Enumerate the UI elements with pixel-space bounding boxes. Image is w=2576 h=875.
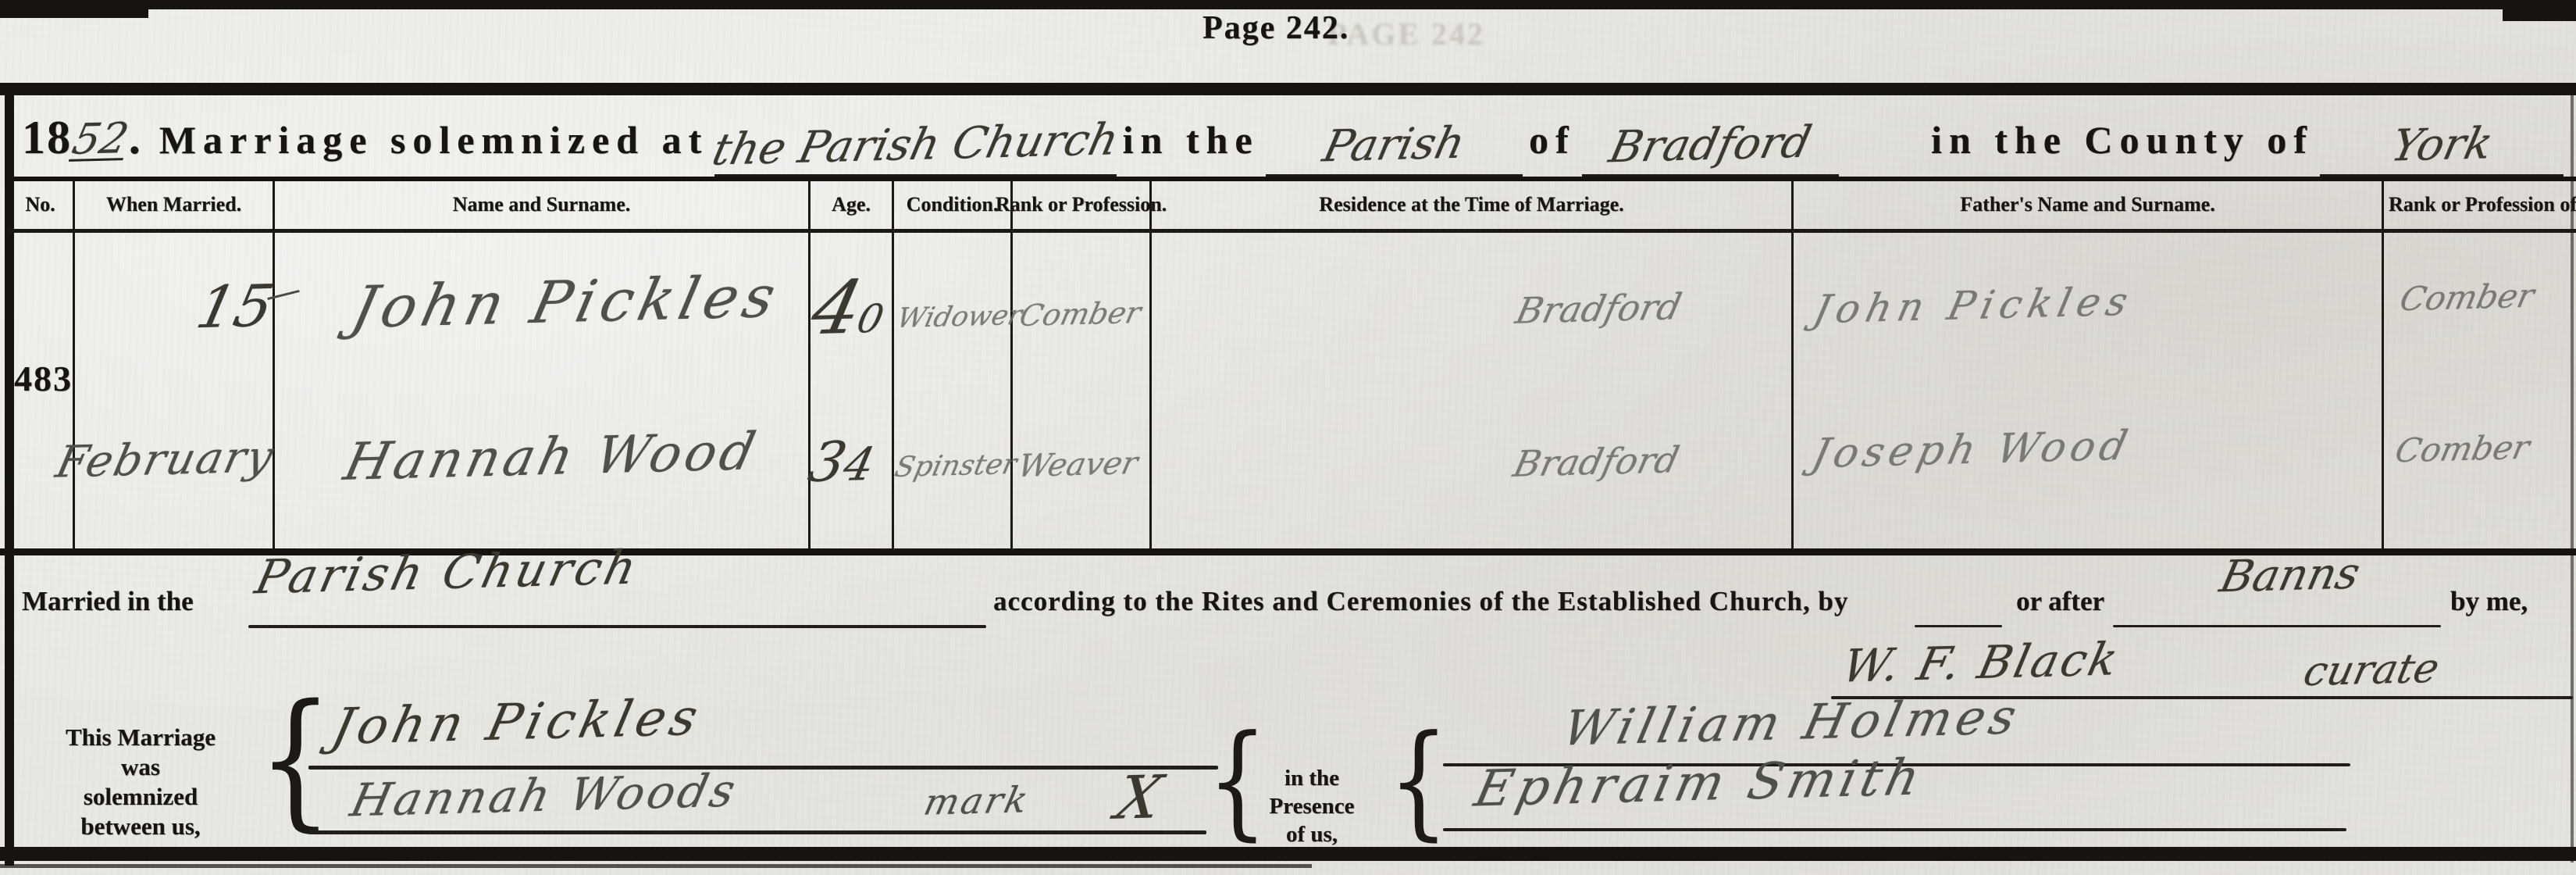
place-handwritten: the Parish Church <box>708 117 1123 173</box>
col-header-rank: Rank or Profession. <box>1013 181 1152 233</box>
groom-residence: Bradford <box>1512 285 1685 331</box>
month-handwritten: February <box>52 431 280 487</box>
col-header-residence: Residence at the Time of Marriage. <box>1152 181 1794 233</box>
presence-label-3: of us, <box>1248 822 1376 848</box>
groom-name: John Pickles <box>346 263 787 341</box>
bride-father-profession: Comber <box>2392 428 2533 470</box>
attestation-label-1: This Marriage <box>23 723 258 752</box>
day-handwritten: 15 <box>191 273 280 341</box>
couple-brace: { <box>258 685 333 834</box>
bottom-secondary-line <box>0 864 1312 868</box>
attestation-label-2: was <box>23 753 258 781</box>
presence-label-1: in the <box>1248 766 1376 791</box>
col-header-age: Age. <box>811 181 894 233</box>
cell-ages: 40 34 <box>811 233 894 548</box>
register-title-line: 18 52 . Marriage solemnized at the Paris… <box>22 102 2564 173</box>
in-the-label: in the <box>1123 104 1259 176</box>
col-header-father-rank: Rank or Profession of Father. <box>2384 181 2576 233</box>
cell-conditions: Widower Spinster <box>894 233 1013 548</box>
attestation-label-3: solemnized <box>23 783 258 811</box>
groom-condition: Widower <box>894 300 1024 334</box>
groom-profession: Comber <box>1017 295 1145 333</box>
bride-condition: Spinster <box>892 448 1020 484</box>
parish-word-handwritten: Parish <box>1319 121 1469 170</box>
or-after-label: or after <box>2016 586 2104 617</box>
county-blank: York <box>2320 116 2564 177</box>
year-handwritten: 52 <box>69 118 132 162</box>
cell-names: John Pickles Hannah Wood <box>275 233 811 548</box>
register-table: No. When Married. Name and Surname. Age.… <box>8 181 2576 548</box>
groom-signature-underline <box>308 766 1218 770</box>
document-top-border <box>0 83 2576 95</box>
year-printed: 18 <box>22 102 72 173</box>
witness-1-signature: William Holmes <box>1558 687 2026 756</box>
presence-label-2: Presence <box>1248 794 1376 820</box>
marriage-register-scan: PAGE 242 Page 242. 18 52 . Marriage sole… <box>0 0 2576 875</box>
parish-name-handwritten: Bradford <box>1605 120 1815 171</box>
bride-name: Hannah Wood <box>339 421 764 492</box>
col-header-no: No. <box>8 181 75 233</box>
bride-mark-x: X <box>1110 762 1168 832</box>
banns-underline <box>2113 625 2441 627</box>
document-bottom-border <box>0 847 2576 861</box>
cell-no: 483 <box>8 233 75 548</box>
col-header-father-name: Father's Name and Surname. <box>1794 181 2384 233</box>
cell-father-names: John Pickles Joseph Wood <box>1794 233 2384 548</box>
groom-father-name: John Pickles <box>1809 279 2138 333</box>
scan-top-right-blotch <box>2503 0 2576 21</box>
year-period: . <box>129 102 142 173</box>
cell-residences: Bradford Bradford <box>1152 233 1794 548</box>
witness-2-signature: Ephraim Smith <box>1470 749 1929 819</box>
parish-name-blank: Bradford <box>1582 116 1839 177</box>
banns-handwritten: Banns <box>2215 548 2364 603</box>
col-header-when-married: When Married. <box>75 181 275 233</box>
presence-right-brace: { <box>1388 719 1449 843</box>
bride-profession: Weaver <box>1014 445 1141 484</box>
married-in-label: Married in the <box>22 586 194 617</box>
officiant-title: curate <box>2300 645 2444 695</box>
bride-signature-underline <box>308 830 1206 834</box>
cell-professions: Comber Weaver <box>1013 233 1152 548</box>
county-handwritten: York <box>2387 121 2496 170</box>
ceremony-place-handwritten: Parish Church <box>251 541 645 605</box>
groom-signature: John Pickles <box>326 689 707 756</box>
solemnized-label: Marriage solemnized at <box>159 104 708 176</box>
groom-age: 40 <box>804 265 896 352</box>
cell-father-professions: Comber Comber <box>2384 233 2576 548</box>
page-number-ghost: PAGE 242 <box>1327 16 1485 52</box>
by-blank-underline <box>1915 625 2002 627</box>
officiant-signature: W. F. Black <box>1837 632 2125 692</box>
witness-2-underline <box>1443 828 2346 831</box>
cell-when-married: 15 February <box>75 233 275 548</box>
rites-label: according to the Rites and Ceremonies of… <box>993 586 1848 617</box>
page-number: Page 242. <box>1202 9 1349 47</box>
attestation-label-4: between us, <box>23 812 258 841</box>
county-label: in the County of <box>1931 104 2314 176</box>
place-blank: the Parish Church <box>714 116 1117 177</box>
bride-signature: Hannah Woods <box>346 764 743 827</box>
of-label: of <box>1529 104 1576 176</box>
parish-word-blank: Parish <box>1266 116 1523 177</box>
mark-word: mark <box>921 778 1035 823</box>
bride-age: 34 <box>803 429 882 495</box>
groom-father-profession: Comber <box>2396 277 2538 318</box>
bride-residence: Bradford <box>1509 438 1683 484</box>
scan-top-edge <box>0 0 2576 9</box>
by-me-label: by me, <box>2450 586 2528 617</box>
ceremony-place-underline <box>248 625 986 628</box>
col-header-name: Name and Surname. <box>275 181 811 233</box>
bride-father-name: Joseph Wood <box>1808 423 2136 478</box>
scan-top-left-blotch <box>0 0 148 18</box>
entry-number: 483 <box>14 358 73 399</box>
